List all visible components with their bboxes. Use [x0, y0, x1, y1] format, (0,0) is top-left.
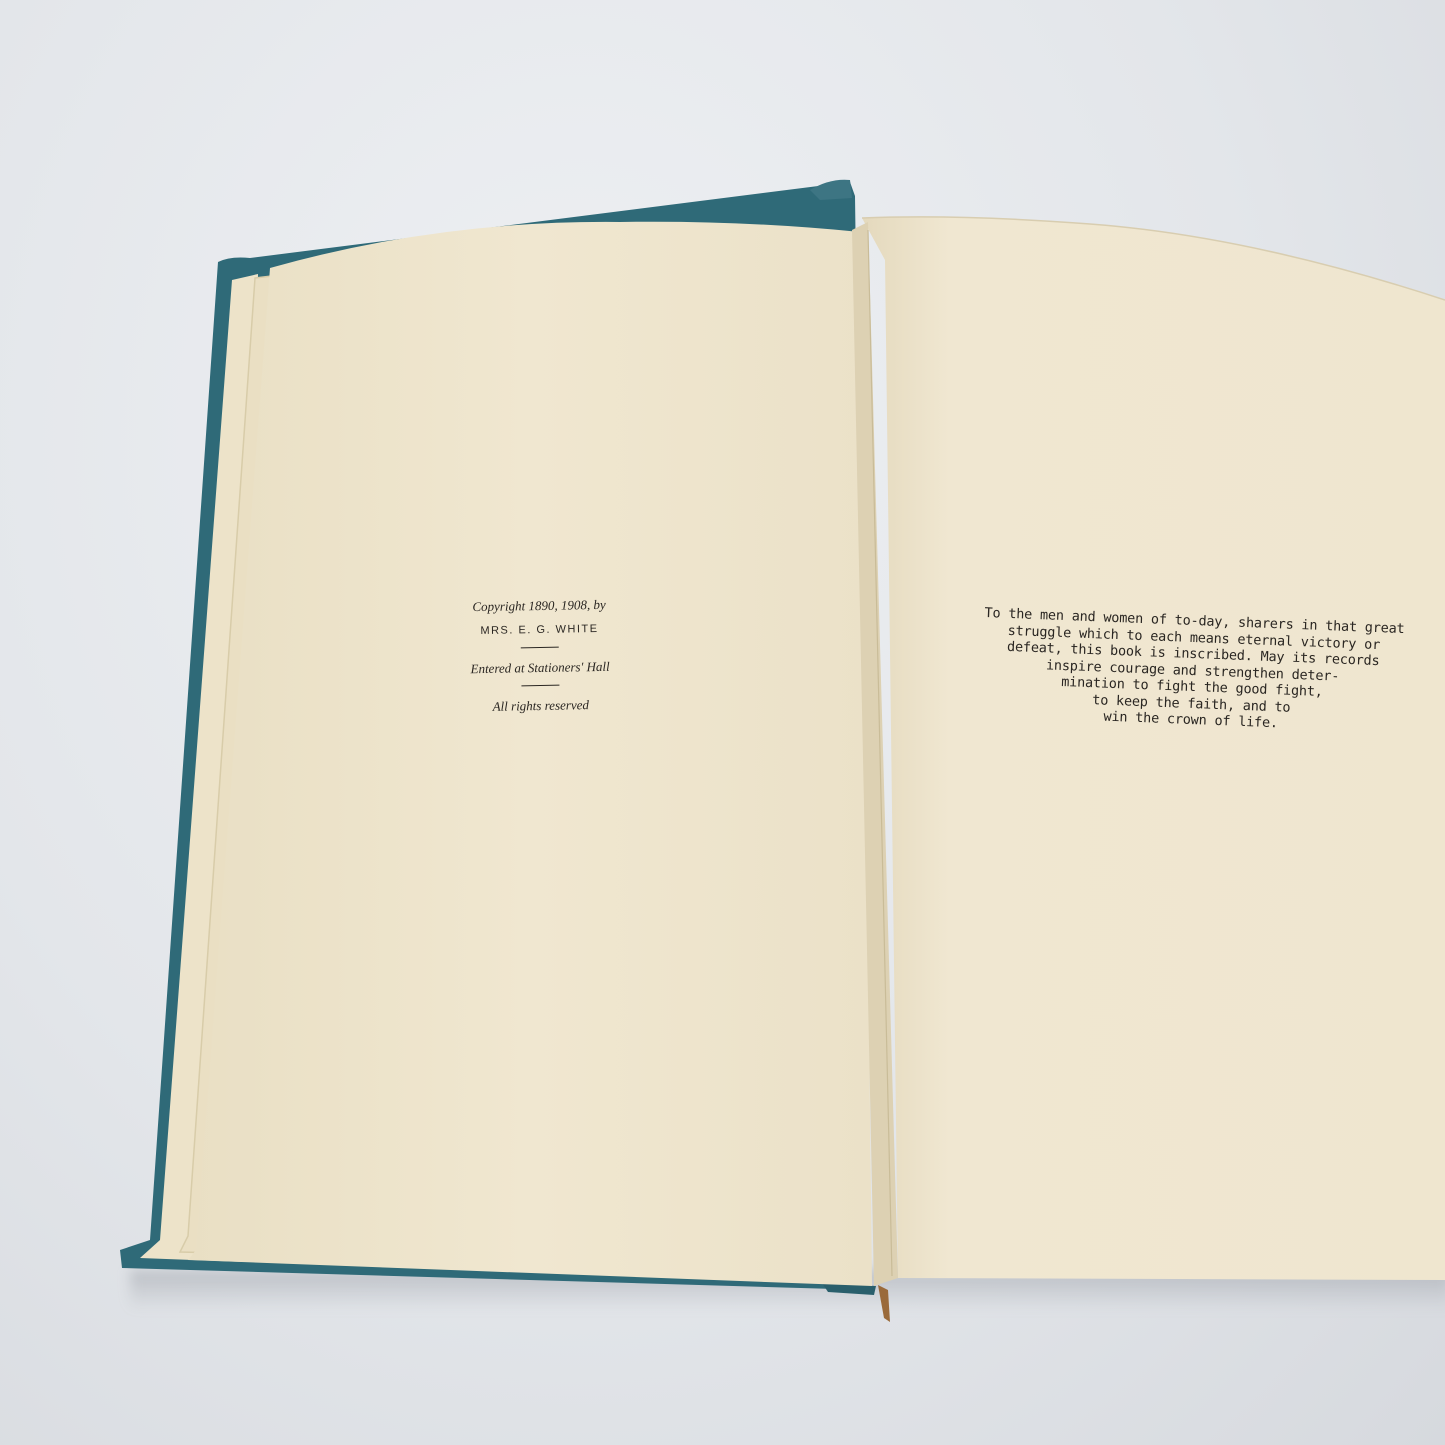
photo-scene: Copyright 1890, 1908, by MRS. E. G. WHIT… — [0, 0, 1445, 1445]
left-page — [188, 222, 872, 1286]
right-page — [862, 217, 1445, 1280]
copyright-block: Copyright 1890, 1908, by MRS. E. G. WHIT… — [429, 596, 651, 726]
registration-line: Entered at Stationers' Hall — [430, 658, 650, 677]
author-name: MRS. E. G. WHITE — [429, 622, 649, 639]
copyright-line: Copyright 1890, 1908, by — [429, 596, 649, 615]
rights-line: All rights reserved — [431, 696, 651, 715]
divider — [521, 685, 559, 687]
spine-bottom-thread — [878, 1285, 890, 1322]
dedication-block: To the men and women of to-day, sharers … — [956, 604, 1430, 737]
divider — [521, 646, 559, 648]
